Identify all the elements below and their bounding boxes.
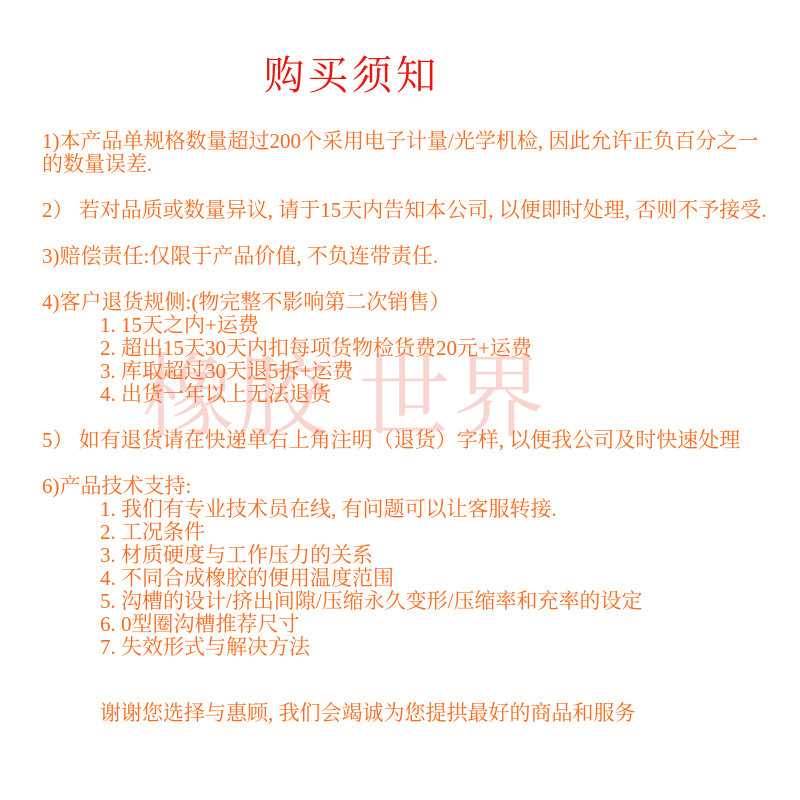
notice-body: 1)本产品单规格数量超过200个采用电子计量/光学机检, 因此允许正负百分之一 … bbox=[0, 130, 800, 725]
section-tech-support: 6)产品技术支持: 1. 我们有专业技术员在线, 有问题可以让客服转接. 2. … bbox=[42, 475, 758, 659]
section-return-rules: 4)客户退货规侧:(物完整不影响第二次销售） 1. 15天之内+运费 2. 超出… bbox=[42, 291, 758, 406]
section-quantity-tolerance: 1)本产品单规格数量超过200个采用电子计量/光学机检, 因此允许正负百分之一 … bbox=[42, 130, 758, 176]
section-liability: 3)赔偿责任:仅限于产品价值, 不负连带责任. bbox=[42, 245, 758, 268]
notice-subline: 3. 库取超过30天退5拆+运费 bbox=[42, 360, 758, 383]
notice-subline: 7. 失效形式与解决方法 bbox=[42, 636, 758, 659]
notice-subline: 3. 材质硬度与工作压力的关系 bbox=[42, 544, 758, 567]
notice-line: 6)产品技术支持: bbox=[42, 475, 758, 498]
page-title: 购买须知 bbox=[0, 0, 704, 98]
notice-subline: 4. 不同合成橡胶的便用温度范围 bbox=[42, 567, 758, 590]
section-return-labeling: 5） 如有退货请在快递单右上角注明（退货）字样, 以便我公司及时快速处理 bbox=[42, 429, 758, 452]
notice-subline: 5. 沟槽的设计/挤出间隙/压缩永久变形/压缩率和充率的设定 bbox=[42, 590, 758, 613]
notice-line: 1)本产品单规格数量超过200个采用电子计量/光学机检, 因此允许正负百分之一 bbox=[42, 130, 758, 153]
notice-line: 5） 如有退货请在快递单右上角注明（退货）字样, 以便我公司及时快速处理 bbox=[42, 429, 758, 452]
section-dispute-window: 2） 若对品质或数量异议, 请于15天内告知本公司, 以便即时处理, 否则不予接… bbox=[42, 199, 758, 222]
notice-line: 2） 若对品质或数量异议, 请于15天内告知本公司, 以便即时处理, 否则不予接… bbox=[42, 199, 758, 222]
notice-subline: 1. 我们有专业技术员在线, 有问题可以让客服转接. bbox=[42, 498, 758, 521]
notice-line: 3)赔偿责任:仅限于产品价值, 不负连带责任. bbox=[42, 245, 758, 268]
notice-subline: 2. 超出15天30天内扣每项货物检货费20元+运费 bbox=[42, 337, 758, 360]
notice-line: 4)客户退货规侧:(物完整不影响第二次销售） bbox=[42, 291, 758, 314]
notice-content: 购买须知 1)本产品单规格数量超过200个采用电子计量/光学机检, 因此允许正负… bbox=[0, 0, 800, 725]
notice-subline: 2. 工况条件 bbox=[42, 521, 758, 544]
purchase-notice-page: 橡胶 世界 购买须知 1)本产品单规格数量超过200个采用电子计量/光学机检, … bbox=[0, 0, 800, 800]
thank-you-message: 谢谢您选择与惠顾, 我们会竭诚为您提拱最好的商品和服务 bbox=[42, 702, 758, 725]
notice-line: 的数量误差. bbox=[42, 153, 758, 176]
notice-subline: 6. 0型圈沟槽推荐尺寸 bbox=[42, 613, 758, 636]
notice-subline: 1. 15天之内+运费 bbox=[42, 314, 758, 337]
notice-subline: 4. 出货一年以上无法退货 bbox=[42, 383, 758, 406]
